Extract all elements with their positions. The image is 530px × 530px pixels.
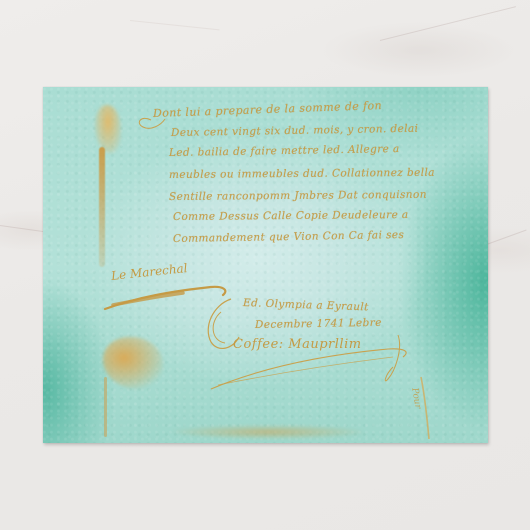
marble-vein xyxy=(130,20,220,30)
watercolor-card: Dont lui a prepare de la somme de fon De… xyxy=(43,87,488,443)
script-flourishes xyxy=(43,87,488,443)
script-line-6: Comme Dessus Calle Copie Deudeleure a xyxy=(173,209,409,223)
script-line-4: meubles ou immeubles dud. Collationnez b… xyxy=(169,167,435,181)
marble-vein xyxy=(380,6,516,41)
signature: Coffee: Mauprllim xyxy=(233,337,362,352)
script-line-5: Sentille ranconpomm Jmbres Dat conquisno… xyxy=(169,189,427,203)
closing-line-2: Decembre 1741 Lebre xyxy=(255,317,382,331)
